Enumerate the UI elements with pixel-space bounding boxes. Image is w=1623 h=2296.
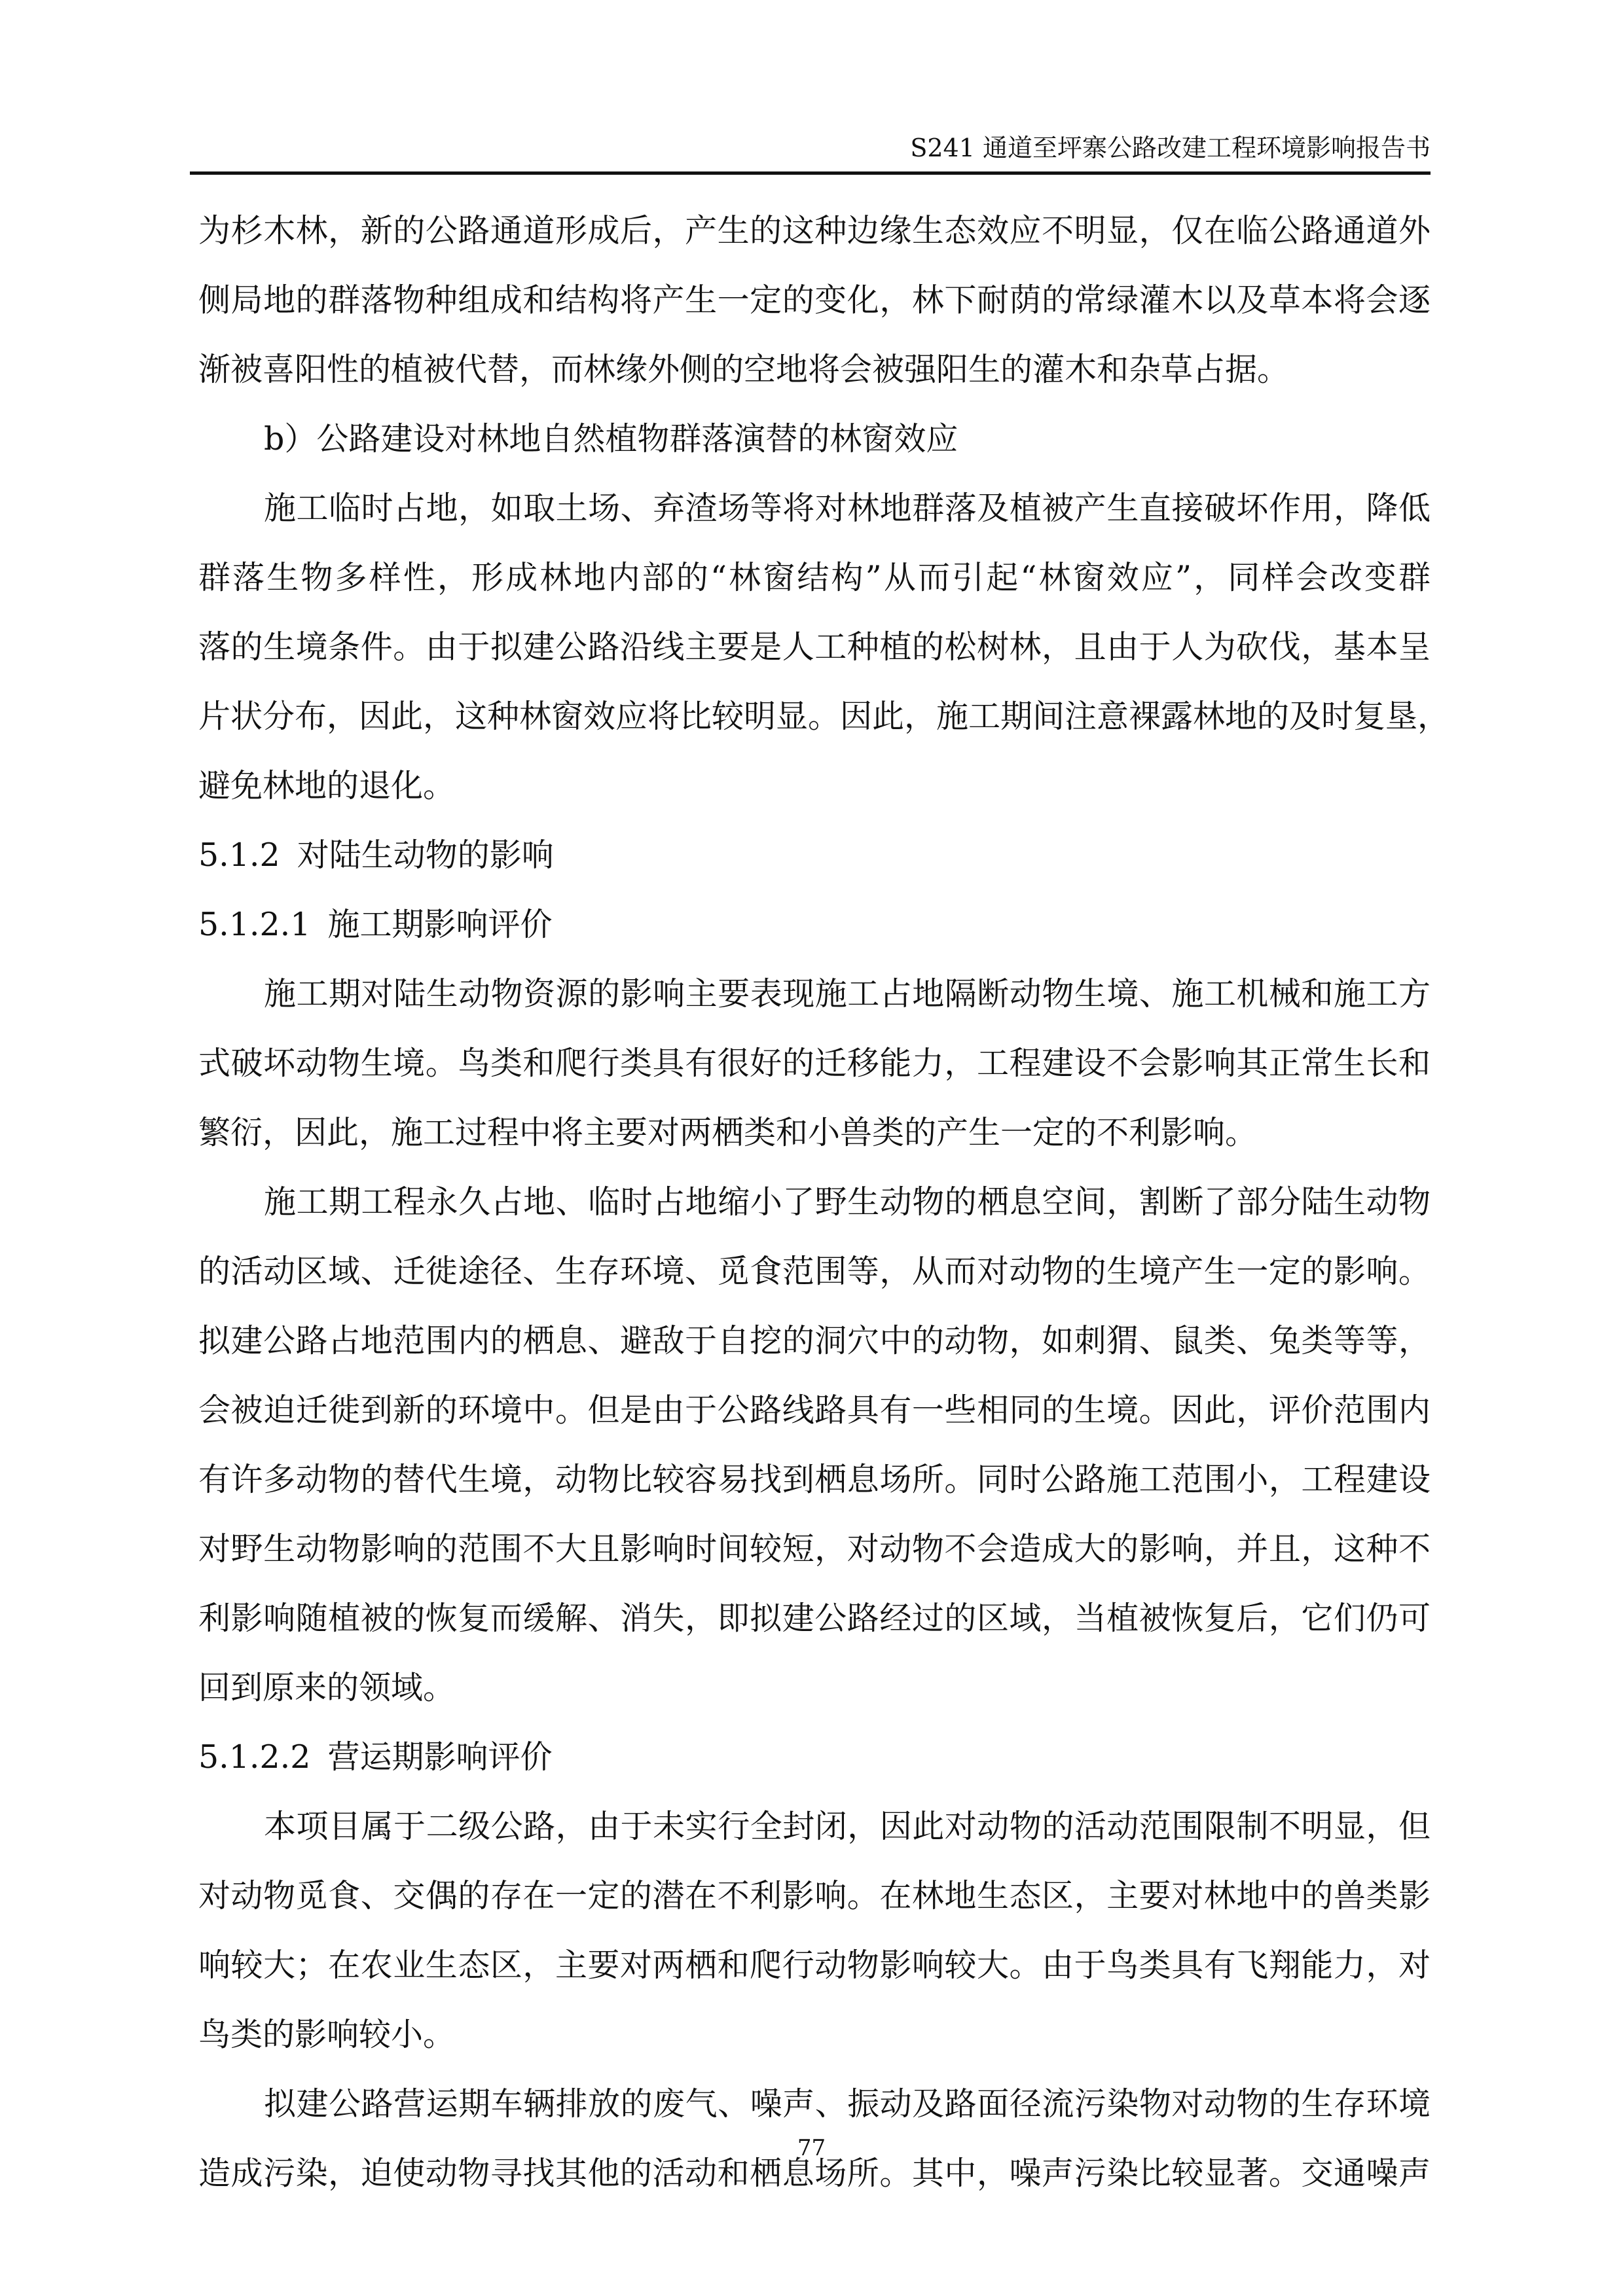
text-line: 施工期对陆生动物资源的影响主要表现施工占地隔断动物生境、施工机械和施工方 <box>198 960 1431 1029</box>
section-number: 5.1.2.1 <box>198 890 310 960</box>
text-line: 拟建公路营运期车辆排放的废气、噪声、振动及路面径流污染物对动物的生存环境 <box>198 2070 1431 2139</box>
section-title: 施工期影响评价 <box>327 906 552 943</box>
page-number: 77 <box>0 2135 1623 2161</box>
text-line: 施工临时占地，如取土场、弃渣场等将对林地群落及植被产生直接破坏作用，降低 <box>198 474 1431 543</box>
section-title: 对陆生动物的影响 <box>297 836 554 874</box>
section-title: 营运期影响评价 <box>327 1738 552 1776</box>
text-line: 施工期工程永久占地、临时占地缩小了野生动物的栖息空间，割断了部分陆生动物 <box>198 1168 1431 1237</box>
text-line: 繁衍，因此，施工过程中将主要对两栖类和小兽类的产生一定的不利影响。 <box>198 1098 1431 1168</box>
paragraph: 施工期工程永久占地、临时占地缩小了野生动物的栖息空间，割断了部分陆生动物 的活动… <box>198 1168 1431 1723</box>
section-number: 5.1.2.2 <box>198 1723 310 1792</box>
document-title: S241 通道至坪寨公路改建工程环境影响报告书 <box>910 128 1431 164</box>
text-line: 渐被喜阳性的植被代替，而林缘外侧的空地将会被强阳生的灌木和杂草占据。 <box>198 335 1431 404</box>
text-line: 群落生物多样性，形成林地内部的“林窗结构”从而引起“林窗效应”，同样会改变群 <box>198 543 1431 613</box>
text-line: 的活动区域、迁徙途径、生存环境、觅食范围等，从而对动物的生境产生一定的影响。 <box>198 1237 1431 1306</box>
page-header: S241 通道至坪寨公路改建工程环境影响报告书 <box>190 111 1431 175</box>
text-line: 落的生境条件。由于拟建公路沿线主要是人工种植的松树林，且由于人为砍伐，基本呈 <box>198 613 1431 682</box>
text-line: 拟建公路占地范围内的栖息、避敌于自挖的洞穴中的动物，如刺猬、鼠类、兔类等等， <box>198 1306 1431 1376</box>
text-line: 利影响随植被的恢复而缓解、消失，即拟建公路经过的区域，当植被恢复后，它们仍可 <box>198 1584 1431 1653</box>
paragraph: 施工临时占地，如取土场、弃渣场等将对林地群落及植被产生直接破坏作用，降低 群落生… <box>198 474 1431 821</box>
paragraph: 本项目属于二级公路，由于未实行全封闭，因此对动物的活动范围限制不明显，但 对动物… <box>198 1792 1431 2070</box>
text-line: 回到原来的领域。 <box>198 1653 1431 1723</box>
text-line: 对动物觅食、交偶的存在一定的潜在不利影响。在林地生态区，主要对林地中的兽类影 <box>198 1861 1431 1931</box>
section-heading-5-1-2: 5.1.2对陆生动物的影响 <box>198 821 1431 890</box>
text-line: 为杉木林，新的公路通道形成后，产生的这种边缘生态效应不明显，仅在临公路通道外 <box>198 196 1431 266</box>
text-line: 侧局地的群落物种组成和结构将产生一定的变化，林下耐荫的常绿灌木以及草本将会逐 <box>198 266 1431 335</box>
text-line: 式破坏动物生境。鸟类和爬行类具有很好的迁移能力，工程建设不会影响其正常生长和 <box>198 1029 1431 1098</box>
subheading-b: b）公路建设对林地自然植物群落演替的林窗效应 <box>198 404 1431 474</box>
text-line: 会被迫迁徙到新的环境中。但是由于公路线路具有一些相同的生境。因此，评价范围内 <box>198 1376 1431 1445</box>
text-line: 避免林地的退化。 <box>198 751 1431 821</box>
text-line: 响较大；在农业生态区，主要对两栖和爬行动物影响较大。由于鸟类具有飞翔能力，对 <box>198 1931 1431 2000</box>
section-heading-5-1-2-2: 5.1.2.2营运期影响评价 <box>198 1723 1431 1792</box>
page-body: 为杉木林，新的公路通道形成后，产生的这种边缘生态效应不明显，仅在临公路通道外 侧… <box>198 196 1431 2208</box>
text-line: 有许多动物的替代生境，动物比较容易找到栖息场所。同时公路施工范围小，工程建设 <box>198 1445 1431 1515</box>
text-line: 对野生动物影响的范围不大且影响时间较短，对动物不会造成大的影响，并且，这种不 <box>198 1515 1431 1584</box>
section-heading-5-1-2-1: 5.1.2.1施工期影响评价 <box>198 890 1431 960</box>
paragraph: 施工期对陆生动物资源的影响主要表现施工占地隔断动物生境、施工机械和施工方 式破坏… <box>198 960 1431 1168</box>
text-line: 鸟类的影响较小。 <box>198 2000 1431 2070</box>
section-number: 5.1.2 <box>198 821 280 890</box>
paragraph: 为杉木林，新的公路通道形成后，产生的这种边缘生态效应不明显，仅在临公路通道外 侧… <box>198 196 1431 404</box>
text-line: 本项目属于二级公路，由于未实行全封闭，因此对动物的活动范围限制不明显，但 <box>198 1792 1431 1861</box>
text-line: 片状分布，因此，这种林窗效应将比较明显。因此，施工期间注意裸露林地的及时复垦， <box>198 682 1431 751</box>
